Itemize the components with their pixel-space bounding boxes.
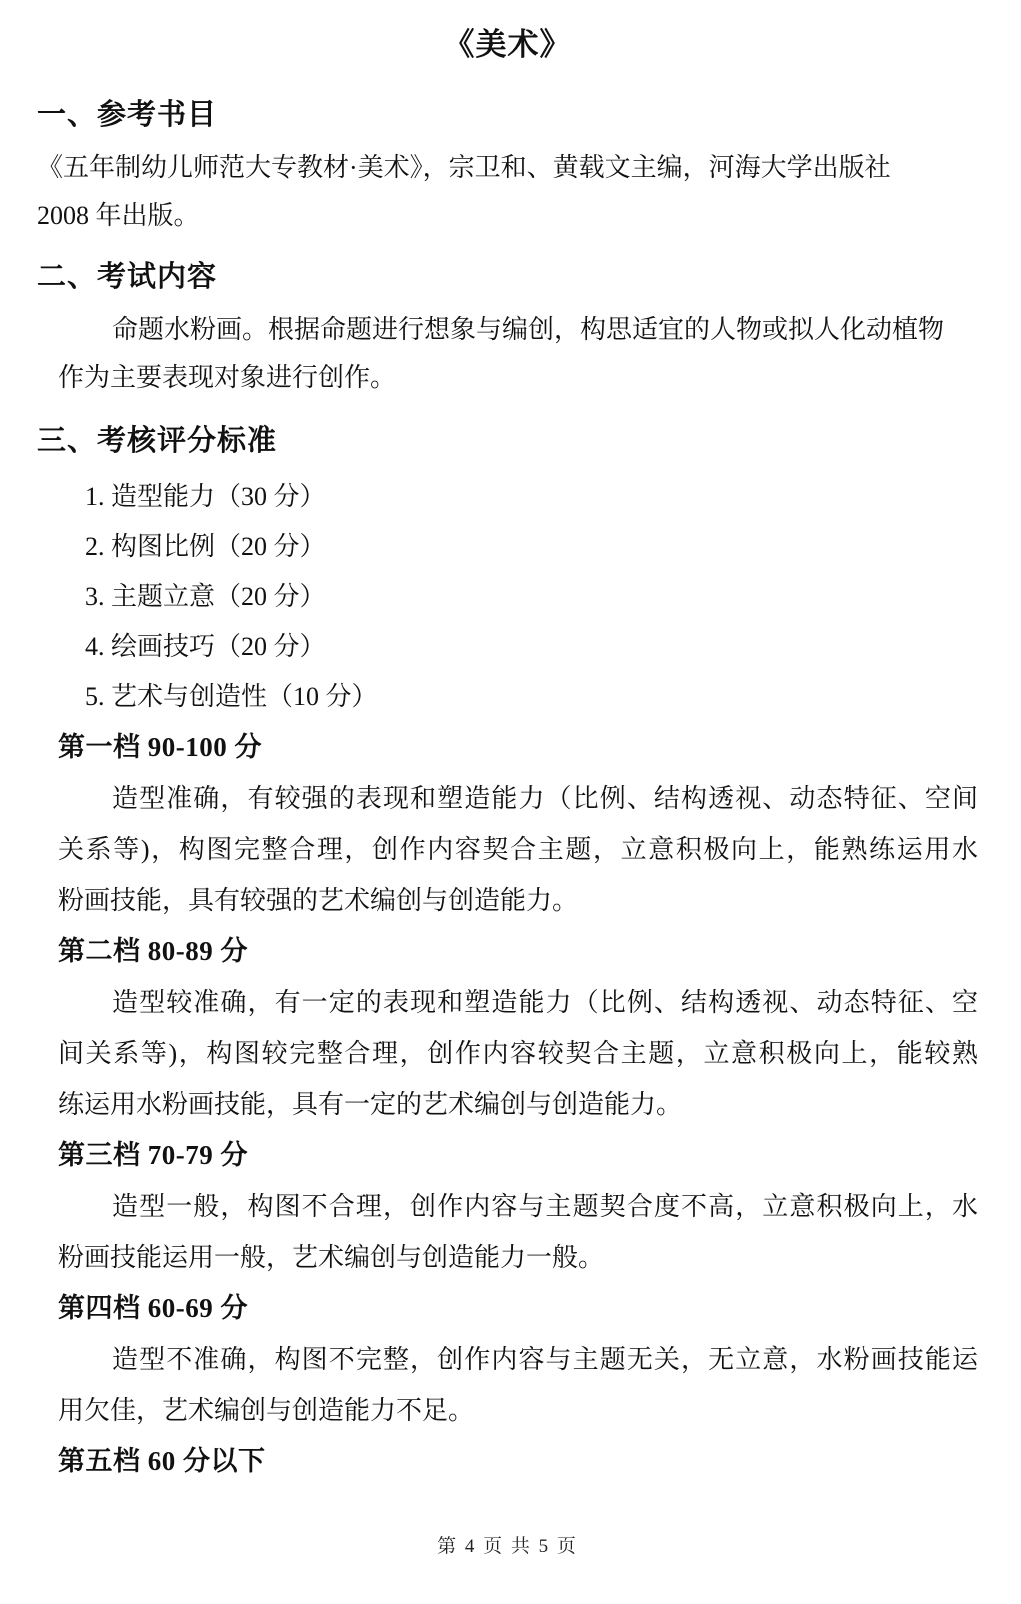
paragraph-line: 2008 年出版。 — [37, 192, 978, 240]
score-tier-1: 第一档 90-100 分 造型准确，有较强的表现和塑造能力（比例、结构透视、动态… — [37, 722, 978, 926]
criteria-item: 2. 构图比例（20 分） — [85, 522, 978, 572]
tier-line: 间关系等)，构图较完整合理，创作内容较契合主题，立意积极向上，能较熟 — [58, 1028, 978, 1079]
tier-line: 粉画技能，具有较强的艺术编创与创造能力。 — [58, 875, 978, 926]
criteria-list: 1. 造型能力（30 分） 2. 构图比例（20 分） 3. 主题立意（20 分… — [85, 472, 978, 722]
document-page: 《美术》 一、参考书目 《五年制幼儿师范大专教材·美术》，宗卫和、黄载文主编，河… — [0, 0, 1021, 1604]
paragraph-line: 《五年制幼儿师范大专教材·美术》，宗卫和、黄载文主编，河海大学出版社 — [37, 144, 978, 192]
score-tier-4: 第四档 60-69 分 造型不准确，构图不完整，创作内容与主题无关，无立意，水粉… — [37, 1283, 978, 1436]
tier-line: 用欠佳，艺术编创与创造能力不足。 — [58, 1385, 978, 1436]
tier-heading: 第四档 60-69 分 — [58, 1283, 978, 1334]
section-heading-exam-content: 二、考试内容 — [37, 254, 978, 300]
score-tier-5: 第五档 60 分以下 — [37, 1436, 978, 1487]
page-number-footer: 第 4 页 共 5 页 — [37, 1535, 978, 1559]
section-heading-scoring-criteria: 三、考核评分标准 — [37, 418, 978, 464]
tier-line: 造型准确，有较强的表现和塑造能力（比例、结构透视、动态特征、空间 — [58, 773, 978, 824]
paragraph-line: 作为主要表现对象进行创作。 — [58, 354, 978, 402]
tier-line: 造型一般，构图不合理，创作内容与主题契合度不高，立意积极向上，水 — [58, 1181, 978, 1232]
score-tier-3: 第三档 70-79 分 造型一般，构图不合理，创作内容与主题契合度不高，立意积极… — [37, 1130, 978, 1283]
tier-line: 粉画技能运用一般，艺术编创与创造能力一般。 — [58, 1232, 978, 1283]
page-title: 《美术》 — [37, 22, 978, 68]
exam-content-paragraph: 命题水粉画。根据命题进行想象与编创，构思适宜的人物或拟人化动植物 作为主要表现对… — [37, 306, 978, 402]
criteria-item: 1. 造型能力（30 分） — [85, 472, 978, 522]
tier-line: 关系等)，构图完整合理，创作内容契合主题，立意积极向上，能熟练运用水 — [58, 824, 978, 875]
reference-books-paragraph: 《五年制幼儿师范大专教材·美术》，宗卫和、黄载文主编，河海大学出版社 2008 … — [37, 144, 978, 240]
paragraph-line: 命题水粉画。根据命题进行想象与编创，构思适宜的人物或拟人化动植物 — [58, 306, 978, 354]
criteria-item: 5. 艺术与创造性（10 分） — [85, 672, 978, 722]
section-heading-reference-books: 一、参考书目 — [37, 92, 978, 138]
criteria-item: 4. 绘画技巧（20 分） — [85, 622, 978, 672]
tier-line: 造型较准确，有一定的表现和塑造能力（比例、结构透视、动态特征、空 — [58, 977, 978, 1028]
tier-heading: 第三档 70-79 分 — [58, 1130, 978, 1181]
tier-heading: 第二档 80-89 分 — [58, 926, 978, 977]
criteria-item: 3. 主题立意（20 分） — [85, 572, 978, 622]
tier-heading: 第一档 90-100 分 — [58, 722, 978, 773]
tier-heading: 第五档 60 分以下 — [58, 1436, 978, 1487]
tier-line: 练运用水粉画技能，具有一定的艺术编创与创造能力。 — [58, 1079, 978, 1130]
score-tier-2: 第二档 80-89 分 造型较准确，有一定的表现和塑造能力（比例、结构透视、动态… — [37, 926, 978, 1130]
tier-line: 造型不准确，构图不完整，创作内容与主题无关，无立意，水粉画技能运 — [58, 1334, 978, 1385]
